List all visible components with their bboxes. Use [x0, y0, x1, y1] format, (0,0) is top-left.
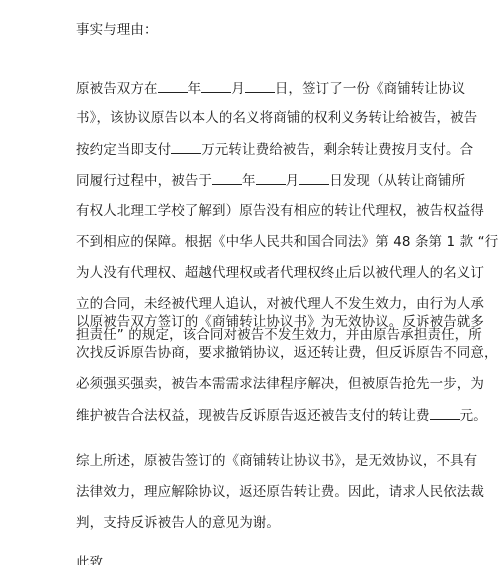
paragraph-line: 按约定当即支付万元转让费给被告，剩余转让费按月支付。合 — [76, 141, 473, 158]
blank-field-amount[interactable] — [171, 141, 201, 154]
blank-field-amount[interactable] — [430, 407, 460, 420]
paragraph-line: 为人没有代理权、超越代理权或者代理权终止后以被代理人的名义订 — [76, 265, 484, 281]
paragraph-line: 立的合同，未经被代理人追认，对被代理人不发生效力，由行为人承 — [76, 296, 484, 312]
paragraph-line: 原被告双方在年月日，签订了一份《商铺转让协议 — [76, 80, 465, 97]
blank-field-day[interactable] — [245, 80, 275, 93]
section-heading: 事实与理由： — [76, 22, 158, 38]
paragraph-line: 以原被告双方签订的《商铺转让协议书》为无效协议。反诉被告就多 — [76, 314, 484, 330]
blank-field-month[interactable] — [201, 80, 231, 93]
blank-field-year[interactable] — [158, 80, 188, 93]
paragraph-line: 必须强买强卖，被告本需需求法律程序解决，但被原告抢先一步，为 — [76, 376, 484, 392]
paragraph-line: 同履行过程中，被告于年月日发现（从转让商铺所 — [76, 172, 465, 189]
blank-field-year[interactable] — [212, 172, 242, 185]
paragraph-line: 判，支持反诉被告人的意见为谢。 — [76, 515, 280, 531]
paragraph-line: 不到相应的保障。根据《中华人民共和国合同法》第 48 条第 1 款 “行 — [76, 234, 498, 250]
blank-field-day[interactable] — [299, 172, 329, 185]
paragraph-line: 法律效力，理应解除协议，返还原告转让费。因此，请求人民依法裁 — [76, 484, 484, 500]
paragraph-line: 有权人北理工学校了解到）原告没有相应的转让代理权，被告权益得 — [76, 203, 484, 219]
blank-field-month[interactable] — [256, 172, 286, 185]
paragraph-line: 次找反诉原告协商，要求撤销协议，返还转让费，但反诉原告不同意， — [76, 345, 498, 361]
paragraph-line: 书》，该协议原告以本人的名义将商铺的权利义务转让给被告，被告 — [76, 110, 477, 126]
paragraph-line: 维护被告合法权益，现被告反诉原告返还被告支付的转让费元。 — [76, 407, 487, 424]
paragraph-line: 综上所述，原被告签订的《商铺转让协议书》，是无效协议，不具有 — [76, 453, 477, 469]
closing-salutation: 此致 — [76, 555, 103, 565]
